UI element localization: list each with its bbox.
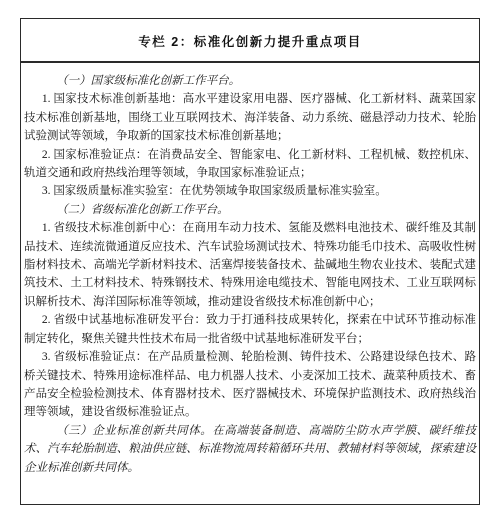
section-heading-provincial-platforms: （二）省级标准化创新工作平台。	[24, 201, 476, 219]
list-item-national-3: 3. 国家级质量标准实验室：在优势领域争取国家级质量标准实验室。	[24, 182, 476, 200]
list-item-provincial-1: 1. 省级技术标准创新中心：在商用车动力技术、氢能及燃料电池技术、碳纤维及其制品…	[24, 219, 476, 311]
list-item-provincial-3: 3. 省级标准验证点：在产品质量检测、轮胎检测、铸件技术、公路建设绿色技术、路桥…	[24, 348, 476, 422]
list-item-national-2: 2. 国家标准验证点：在消费品安全、智能家电、化工新材料、工程机械、数控机床、轨…	[24, 146, 476, 183]
list-item-national-1: 1. 国家技术标准创新基地：高水平建设家用电器、医疗器械、化工新材料、蔬菜国家技…	[24, 90, 476, 145]
list-item-provincial-2: 2. 省级中试基地标准研发平台：致力于打通科技成果转化，探索在中试环节推动标准制…	[24, 311, 476, 348]
column-box: 专栏 2：标准化创新力提升重点项目 （一）国家级标准化创新工作平台。 1. 国家…	[20, 18, 480, 505]
column-title: 专栏 2：标准化创新力提升重点项目	[21, 19, 479, 61]
section-enterprise-community: （三）企业标准创新共同体。在高端装备制造、高端防尘防水声学膜、碳纤维技术、汽车轮…	[24, 422, 476, 477]
column-body: （一）国家级标准化创新工作平台。 1. 国家技术标准创新基地：高水平建设家用电器…	[21, 63, 479, 477]
section-heading-enterprise-community: （三）企业标准创新共同体。	[56, 425, 212, 437]
section-heading-national-platforms: （一）国家级标准化创新工作平台。	[24, 72, 476, 90]
